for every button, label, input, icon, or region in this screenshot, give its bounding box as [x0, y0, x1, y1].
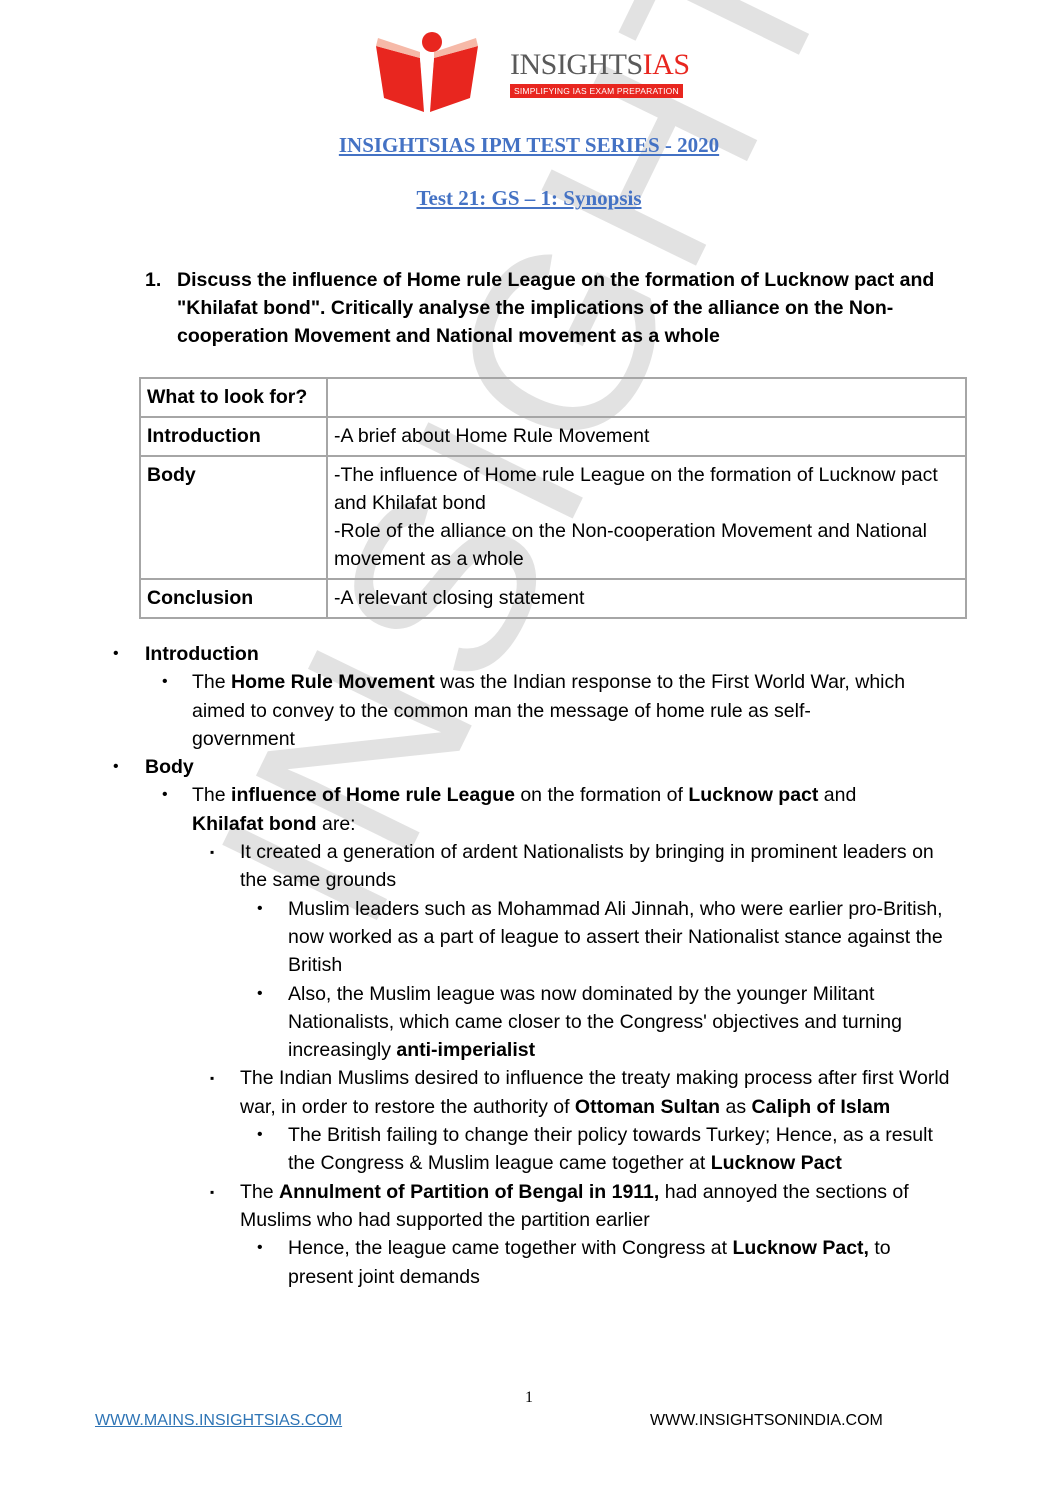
list-item: • The British failing to change their po… [0, 1121, 960, 1178]
square-bullet-icon: ▪ [210, 1064, 214, 1092]
list-item: • The influence of Home rule League on t… [0, 781, 912, 838]
row-label: Introduction [140, 417, 327, 456]
logo-tagline: SIMPLIFYING IAS EXAM PREPARATION [510, 84, 683, 98]
square-bullet-icon: ▪ [210, 838, 214, 866]
list-item: • Muslim leaders such as Mohammad Ali Ji… [0, 895, 960, 980]
synopsis-table: What to look for? Introduction -A brief … [139, 377, 967, 619]
row-content [327, 378, 966, 417]
list-item: • Also, the Muslim league was now domina… [0, 980, 960, 1065]
row-label: What to look for? [140, 378, 327, 417]
list-item: • Body [0, 753, 1058, 781]
footer-mains-link[interactable]: WWW.MAINS.INSIGHTSIAS.COM [95, 1412, 342, 1430]
list-item: • Introduction [0, 640, 1058, 668]
square-bullet-icon: ▪ [210, 1178, 214, 1206]
row-content: -The influence of Home rule League on th… [327, 456, 966, 579]
list-item: • The Home Rule Movement was the Indian … [0, 668, 912, 753]
question-text: Discuss the influence of Home rule Leagu… [177, 266, 965, 350]
answer-body: • Introduction • The Home Rule Movement … [0, 640, 1058, 1291]
list-item: ▪ It created a generation of ardent Nati… [0, 838, 960, 895]
section-heading-introduction: Introduction [145, 643, 259, 665]
row-content: -A relevant closing statement [327, 579, 966, 618]
bullet-icon: • [257, 1234, 263, 1262]
table-row: Body -The influence of Home rule League … [140, 456, 966, 579]
open-book-person-icon [372, 28, 482, 114]
bullet-icon: • [257, 1121, 263, 1149]
bullet-icon: • [113, 753, 119, 781]
document-subtitle: Test 21: GS – 1: Synopsis [0, 186, 1058, 211]
row-content: -A brief about Home Rule Movement [327, 417, 966, 456]
bullet-icon: • [113, 640, 119, 668]
list-item: ▪ The Annulment of Partition of Bengal i… [0, 1178, 960, 1235]
logo-wordmark: INSIGHTSIAS [510, 48, 690, 82]
page-number: 1 [0, 1389, 1058, 1407]
row-label: Conclusion [140, 579, 327, 618]
document-page: INSIGHTS IAS INSIGHTSIAS SIMPLIFYING IAS… [0, 0, 1058, 1497]
question-number: 1. [145, 266, 161, 294]
table-row: Conclusion -A relevant closing statement [140, 579, 966, 618]
bullet-icon: • [162, 668, 168, 696]
list-item: ▪ The Indian Muslims desired to influenc… [0, 1064, 960, 1121]
section-heading-body: Body [145, 756, 194, 778]
list-item: • Hence, the league came together with C… [0, 1234, 960, 1291]
bullet-icon: • [257, 895, 263, 923]
row-label: Body [140, 456, 327, 579]
table-row: What to look for? [140, 378, 966, 417]
question: 1. Discuss the influence of Home rule Le… [145, 266, 965, 350]
table-row: Introduction -A brief about Home Rule Mo… [140, 417, 966, 456]
document-title: INSIGHTSIAS IPM TEST SERIES - 2020 [0, 133, 1058, 158]
logo: INSIGHTSIAS SIMPLIFYING IAS EXAM PREPARA… [372, 28, 682, 114]
bullet-icon: • [257, 980, 263, 1008]
footer-website-text: WWW.INSIGHTSONINDIA.COM [650, 1412, 883, 1430]
bullet-icon: • [162, 781, 168, 809]
